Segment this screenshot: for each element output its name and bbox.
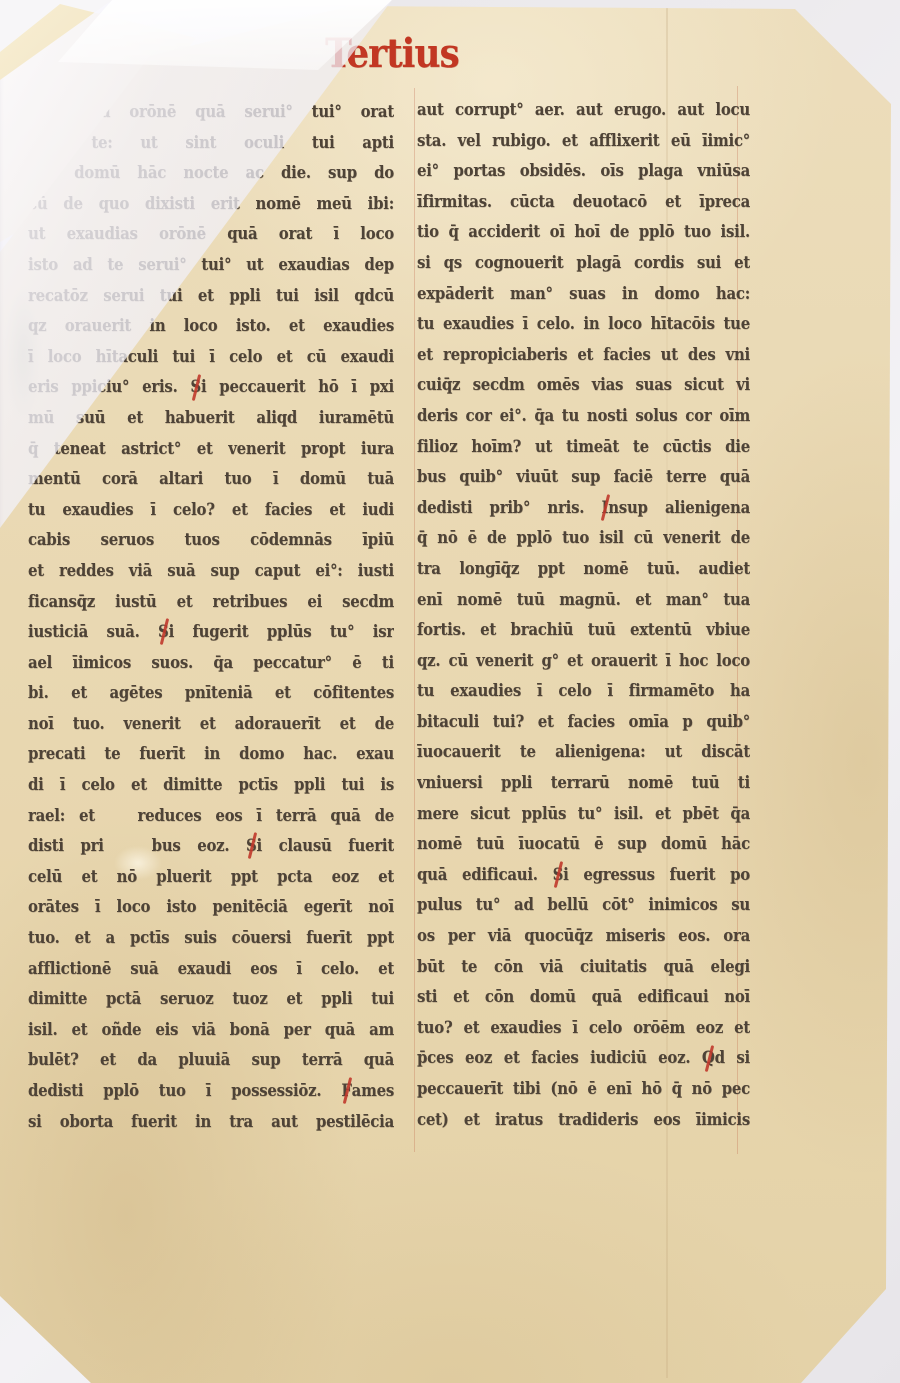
red-touched-capital: F xyxy=(341,1076,351,1107)
text-line: rael: et reduces eos ī terrā quā de xyxy=(28,801,394,832)
text-line: nomē tuū īuocatū ē sup domū hāc xyxy=(417,829,750,860)
text-line: et reddes viā suā sup caput ei°: iusti xyxy=(28,556,394,587)
text-line: expāderit man° suas in domo hac: xyxy=(417,279,750,310)
text-line: q̄ teneat astrict° et venerit propt iura xyxy=(28,434,394,465)
text-line: cabis seruos tuos cōdemnās īpiū xyxy=(28,525,394,556)
red-touched-capital: S xyxy=(158,617,169,648)
text-line: dedisti prib° nris. Insup alienigena xyxy=(417,493,750,524)
text-line: tra longīq̄z ppt nomē tuū. audiet xyxy=(417,554,750,585)
text-line: orātes ī loco isto penitēciā egerīt noī xyxy=(28,892,394,923)
text-line: cuiq̄z secdm omēs vias suas sicut vi xyxy=(417,370,750,401)
text-line: īuocauerit te alienigena: ut discāt xyxy=(417,737,750,768)
text-line: tu exaudies ī celo. in loco hītacōis tue xyxy=(417,309,750,340)
text-line: sta. vel rubigo. et afflixerit eū īimic° xyxy=(417,126,750,157)
text-line: bus quib° viuūt sup faciē terre quā xyxy=(417,462,750,493)
text-column-right: aut corrupt° aer. aut erugo. aut locusta… xyxy=(417,95,750,1157)
text-line: q̄ nō ē de pplō tuo isil cū venerit de xyxy=(417,523,750,554)
text-line: celū et nō pluerit ppt pcta eoz et xyxy=(28,862,394,893)
text-line: mere sicut pplūs tu° isil. et pbēt q̄a xyxy=(417,799,750,830)
text-line: tu exaudies ī celo ī firmamēto ha xyxy=(417,676,750,707)
text-line: si oborta fuerit in tra aut pestilēcia xyxy=(28,1107,394,1138)
red-touched-capital: I xyxy=(601,493,608,524)
text-line: tuo? et exaudies ī celo orōēm eoz et xyxy=(417,1013,750,1044)
text-line: ficansq̄z iustū et retribues ei secdm xyxy=(28,587,394,618)
text-line: enī nomē tuū magnū. et man° tua xyxy=(417,585,750,616)
text-line: sti et cōn domū quā edificaui noī xyxy=(417,982,750,1013)
text-line: filioz hoīm? ut timeāt te cūctis die xyxy=(417,432,750,463)
text-line: mentū corā altari tuo ī domū tuā xyxy=(28,464,394,495)
text-line: si qs cognouerit plagā cordis sui et xyxy=(417,248,750,279)
red-touched-capital: S xyxy=(553,860,564,891)
text-line: tu exaudies ī celo? et facies et iudi xyxy=(28,495,394,526)
red-touched-capital: S xyxy=(246,831,257,862)
text-line: quā edificaui. Si egressus fuerit po xyxy=(417,860,750,891)
text-line: tuo. et a pctīs suis cōuersi fuerīt ppt xyxy=(28,923,394,954)
text-line: isil. et oñde eis viā bonā per quā am xyxy=(28,1015,394,1046)
text-line: iusticiā suā. Si fugerit pplūs tu° isr xyxy=(28,617,394,648)
manuscript-photo: Tertius tēdas ad orōnē quā serui° tui° o… xyxy=(0,0,900,1383)
text-line: būt te cōn viā ciuitatis quā elegi xyxy=(417,952,750,983)
text-line: dedisti pplō tuo ī possessiōz. Fames xyxy=(28,1076,394,1107)
running-title: Tertius xyxy=(325,32,585,76)
text-line: bulēt? et da pluuiā sup terrā quā xyxy=(28,1045,394,1076)
text-line: p̄ces eoz et facies iudiciū eoz. Qd si xyxy=(417,1043,750,1074)
text-line: tio q̄ acciderit oī hoī de pplō tuo isil… xyxy=(417,217,750,248)
ruling-line-left xyxy=(414,88,415,1152)
red-touched-capital: S xyxy=(190,372,201,403)
text-line: ei° portas obsidēs. oīs plaga vniūsa xyxy=(417,156,750,187)
text-line: et repropiciaberis et facies ut des vni xyxy=(417,340,750,371)
text-line: vniuersi ppli terrarū nomē tuū ti xyxy=(417,768,750,799)
text-line: cet) et iratus tradideris eos īimicis xyxy=(417,1105,750,1136)
text-line: os per viā quocūq̄z miseris eos. ora xyxy=(417,921,750,952)
text-line: peccauerīt tibi (nō ē enī hō q̄ nō pec xyxy=(417,1074,750,1105)
text-line: ael īimicos suos. q̄a peccatur° ē ti xyxy=(28,648,394,679)
text-line: dimitte pctā seruoz tuoz et ppli tui xyxy=(28,984,394,1015)
text-line: bitaculi tui? et facies omīa p quib° xyxy=(417,707,750,738)
text-line: fortis. et brachiū tuū extentū vbiue xyxy=(417,615,750,646)
text-line: noī tuo. venerit et adorauerīt et de xyxy=(28,709,394,740)
text-line: deris cor ei°. q̄a tu nosti solus cor oī… xyxy=(417,401,750,432)
text-line: qz. cū venerit g° et orauerit ī hoc loco xyxy=(417,646,750,677)
text-line: disti pri bus eoz. Si clausū fuerit xyxy=(28,831,394,862)
text-line: precati te fuerīt in domo hac. exau xyxy=(28,739,394,770)
text-line: bi. et agētes pnīteniā et cōfitentes xyxy=(28,678,394,709)
text-line: di ī celo et dimitte pctīs ppli tui is xyxy=(28,770,394,801)
text-line: pulus tu° ad bellū cōt° inimicos su xyxy=(417,890,750,921)
text-line: afflictionē suā exaudi eos ī celo. et xyxy=(28,954,394,985)
red-touched-capital: Q xyxy=(702,1043,715,1074)
text-line: aut corrupt° aer. aut erugo. aut locu xyxy=(417,95,750,126)
text-line: īfirmitas. cūcta deuotacō et īpreca xyxy=(417,187,750,218)
